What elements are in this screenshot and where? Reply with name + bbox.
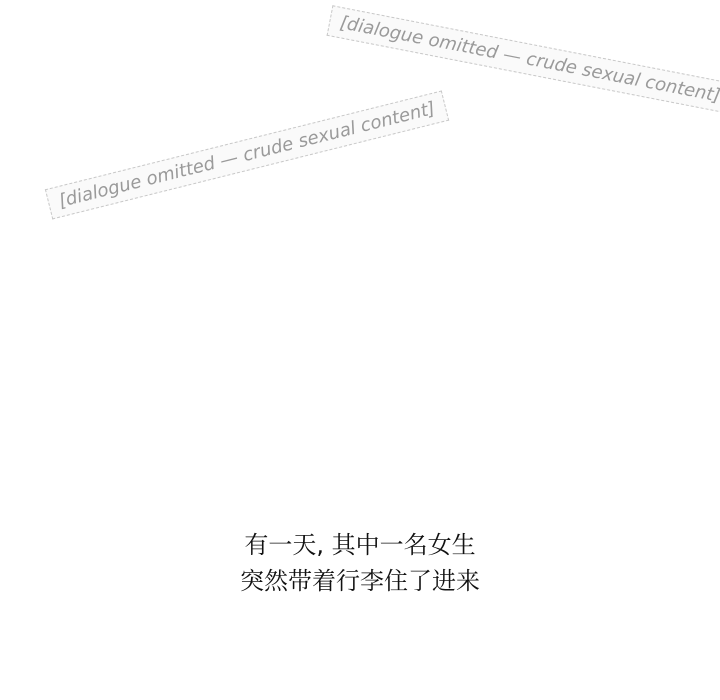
caption-line-1: 有一天, 其中一名女生 xyxy=(0,527,720,563)
narration-caption: 有一天, 其中一名女生 突然带着行李住了进来 xyxy=(0,527,720,599)
speech-text-top: [dialogue omitted — crude sexual content… xyxy=(328,6,720,108)
speech-text-middle-placeholder: [dialogue omitted — crude sexual content… xyxy=(45,90,449,219)
caption-line-2: 突然带着行李住了进来 xyxy=(0,563,720,599)
comic-panel: [dialogue omitted — crude sexual content… xyxy=(0,0,720,700)
speech-text-top-placeholder: [dialogue omitted — crude sexual content… xyxy=(327,5,720,113)
speech-text-middle: [dialogue omitted — crude sexual content… xyxy=(45,91,448,213)
